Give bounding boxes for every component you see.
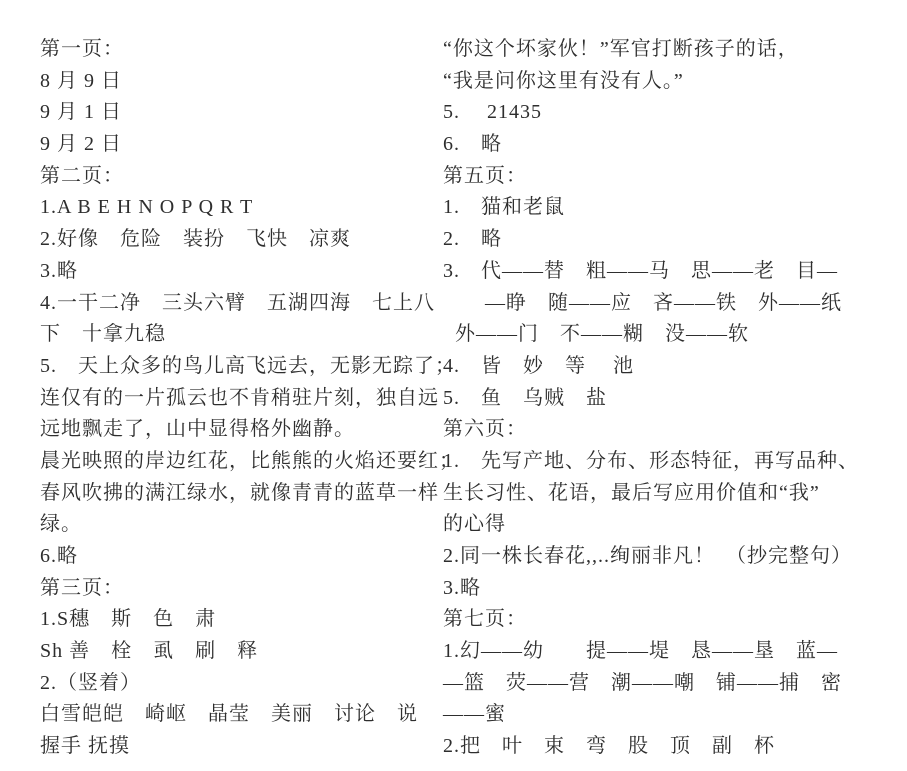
text-line: 2.（竖着） — [40, 668, 458, 700]
text-line: 白雪皑皑 崎岖 晶莹 美丽 讨论 说 — [40, 699, 458, 731]
text-line: 1.A B E H N O P Q R T — [40, 192, 458, 224]
text-line: 5. 鱼 乌贼 盐 — [443, 383, 905, 415]
text-line: 1. 猫和老鼠 — [443, 192, 905, 224]
text-line: 晨光映照的岸边红花，比熊熊的火焰还要红； — [40, 446, 458, 478]
text-line: 5. 天上众多的鸟儿高飞远去，无影无踪了； — [40, 351, 458, 383]
text-line: ——蜜 — [443, 699, 905, 731]
text-line: 2. 略 — [443, 224, 905, 256]
text-line: 2.把 叶 束 弯 股 顶 副 杯 — [443, 731, 905, 763]
text-line: —睁 随——应 吝——铁 外——纸 — [443, 288, 905, 320]
text-line: 连仅有的一片孤云也不肯稍驻片刻，独自远 — [40, 383, 458, 415]
text-line: 第一页： — [40, 34, 458, 66]
text-line: 6.略 — [40, 541, 458, 573]
text-line: “你这个坏家伙！”军官打断孩子的话， — [443, 34, 905, 66]
text-line: 2.好像 危险 装扮 飞快 凉爽 — [40, 224, 458, 256]
text-line: 3.略 — [443, 573, 905, 605]
text-line: 9 月 1 日 — [40, 97, 458, 129]
text-line: 的心得 — [443, 509, 905, 541]
text-line: 春风吹拂的满江绿水，就像青青的蓝草一样 — [40, 478, 458, 510]
text-line: 第五页： — [443, 161, 905, 193]
text-line: 8 月 9 日 — [40, 66, 458, 98]
text-line: 外——门 不——糊 没——软 — [443, 319, 905, 351]
text-line: 握手 抚摸 — [40, 731, 458, 763]
text-line: 4. 皆 妙 等 池 — [443, 351, 905, 383]
text-line: —篮 荧——营 潮——嘲 铺——捕 密 — [443, 668, 905, 700]
text-line: “我是问你这里有没有人。” — [443, 66, 905, 98]
text-line: 6. 略 — [443, 129, 905, 161]
text-line: 4.一干二净 三头六臂 五湖四海 七上八 — [40, 288, 458, 320]
text-line: 3. 代——替 粗——马 思——老 目— — [443, 256, 905, 288]
text-line: 2.同一株长春花,,..绚丽非凡！ （抄完整句） — [443, 541, 905, 573]
answer-column-right: “你这个坏家伙！”军官打断孩子的话，“我是问你这里有没有人。”5. 214356… — [443, 34, 905, 763]
text-line: 第三页： — [40, 573, 458, 605]
text-line: 1. 先写产地、分布、形态特征，再写品种、 — [443, 446, 905, 478]
text-line: 9 月 2 日 — [40, 129, 458, 161]
text-line: 绿。 — [40, 509, 458, 541]
text-line: 3.略 — [40, 256, 458, 288]
text-line: 1.幻——幼 提——堤 恳——垦 蓝— — [443, 636, 905, 668]
text-line: 1.S穗 斯 色 肃 — [40, 604, 458, 636]
text-line: 第六页： — [443, 414, 905, 446]
text-line: 远地飘走了，山中显得格外幽静。 — [40, 414, 458, 446]
text-line: 第二页： — [40, 161, 458, 193]
text-line: 第七页： — [443, 604, 905, 636]
text-line: 下 十拿九稳 — [40, 319, 458, 351]
text-line: Sh 善 栓 虱 刷 释 — [40, 636, 458, 668]
answer-document: 第一页：8 月 9 日9 月 1 日9 月 2 日第二页：1.A B E H N… — [0, 0, 907, 771]
text-line: 5. 21435 — [443, 97, 905, 129]
answer-column-left: 第一页：8 月 9 日9 月 1 日9 月 2 日第二页：1.A B E H N… — [40, 34, 458, 763]
text-line: 生长习性、花语，最后写应用价值和“我” — [443, 478, 905, 510]
